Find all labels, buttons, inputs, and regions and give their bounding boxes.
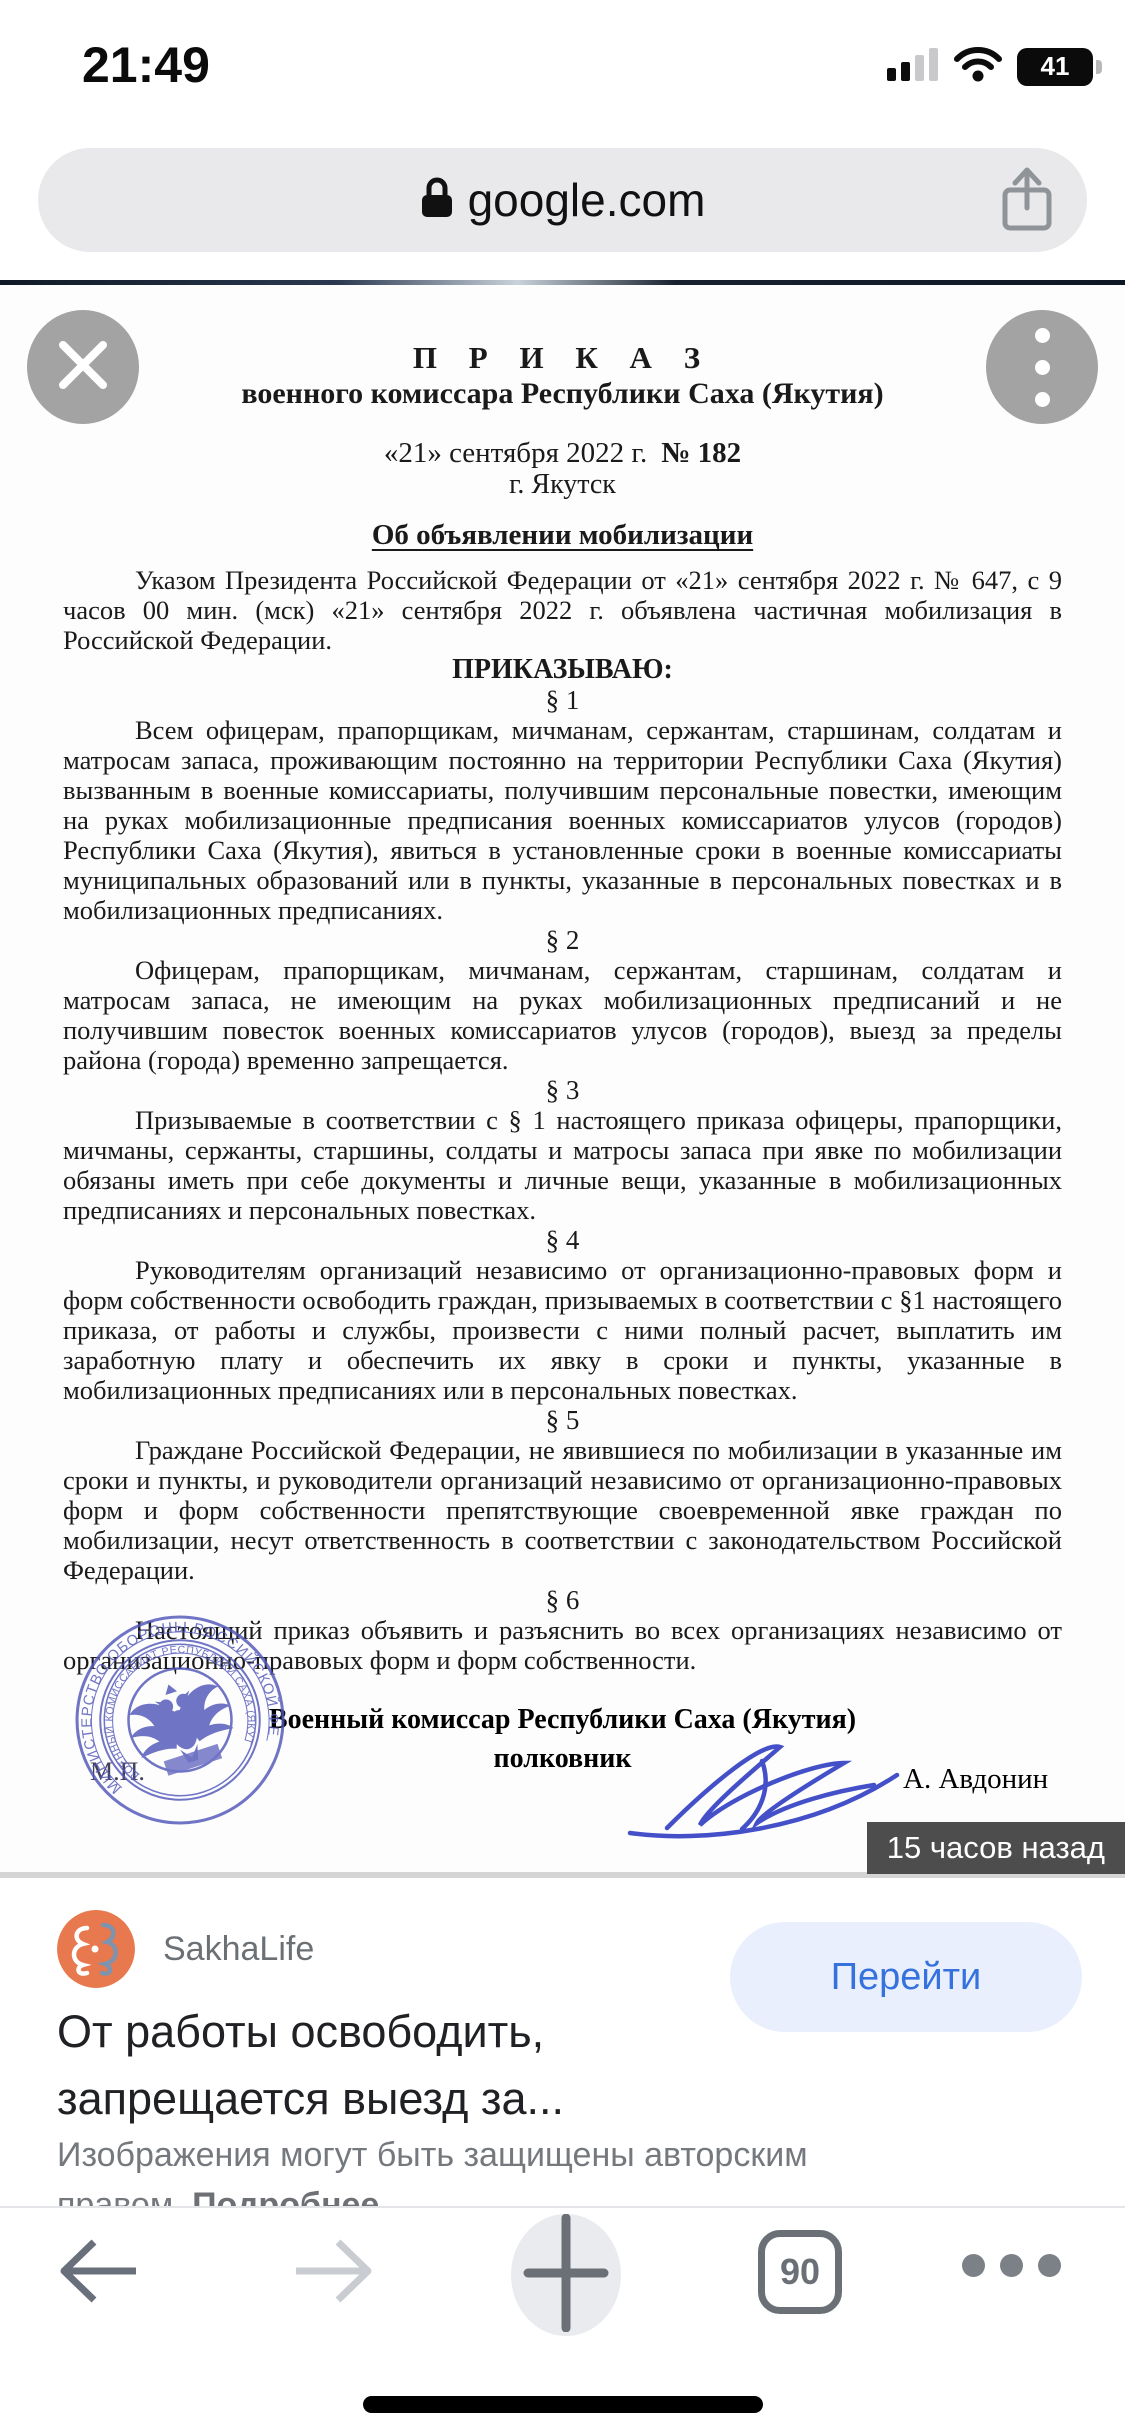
status-bar: 21:49 41 <box>0 0 1125 130</box>
dot-icon <box>1000 2254 1023 2277</box>
section-number: § 5 <box>63 1405 1062 1435</box>
url-text: google.com <box>468 173 706 227</box>
section-number: § 2 <box>63 925 1062 955</box>
section-number: § 4 <box>63 1225 1062 1255</box>
order-issuer: военного комиссара Республики Саха (Якут… <box>63 376 1062 412</box>
back-arrow-icon <box>54 2236 142 2311</box>
section-number: § 3 <box>63 1075 1062 1105</box>
phone-screen: 21:49 41 <box>0 0 1125 2436</box>
share-button[interactable] <box>993 166 1061 234</box>
section-text: Руководителям организаций независимо от … <box>63 1255 1062 1405</box>
url-bar[interactable]: google.com <box>38 148 1087 252</box>
dot-icon <box>1038 2254 1061 2277</box>
source-avatar[interactable] <box>57 1910 135 1988</box>
section-text: Граждане Российской Федерации, не явивши… <box>63 1435 1062 1585</box>
visit-site-button[interactable]: Перейти <box>730 1922 1082 2032</box>
order-number: № 182 <box>661 437 741 469</box>
status-icons: 41 <box>887 46 1093 87</box>
forward-button[interactable] <box>290 2236 378 2311</box>
section-text: Призываемые в соответствии с § 1 настоящ… <box>63 1105 1062 1225</box>
more-options-button[interactable] <box>986 310 1098 424</box>
document-image[interactable]: П Р И К А З военного комиссара Республик… <box>0 285 1125 1872</box>
close-icon <box>57 339 109 396</box>
home-indicator[interactable] <box>363 2396 763 2413</box>
tab-switcher-button[interactable]: 90 <box>758 2230 842 2314</box>
source-name[interactable]: SakhaLife <box>163 1930 314 1969</box>
order-subject: Об объявлении мобилизации <box>63 518 1062 552</box>
signature-name: А. Авдонин <box>903 1763 1048 1796</box>
lock-icon <box>420 177 454 224</box>
close-button[interactable] <box>27 310 139 424</box>
tab-count: 90 <box>780 2251 820 2293</box>
order-title: П Р И К А З <box>63 339 1062 376</box>
section-text: Всем офицерам, прапорщикам, мичманам, се… <box>63 715 1062 925</box>
cellular-signal-icon <box>887 46 939 87</box>
result-title-line2: запрещается выезд за... <box>57 2065 564 2132</box>
menu-button[interactable] <box>962 2254 1061 2277</box>
back-button[interactable] <box>54 2236 142 2311</box>
copyright-line1: Изображения могут быть защищены авторски… <box>57 2130 808 2180</box>
result-title-line1: От работы освободить, <box>57 1998 564 2065</box>
official-stamp: МИНИСТЕРСТВО ОБОРОНЫ РОССИЙСКОЙ ФЕДЕРАЦИ… <box>73 1613 287 1827</box>
order-document: П Р И К А З военного комиссара Республик… <box>63 285 1062 1675</box>
plus-icon <box>516 2214 616 2337</box>
wifi-icon <box>953 46 1003 87</box>
dot-icon <box>962 2254 985 2277</box>
result-title[interactable]: От работы освободить, запрещается выезд … <box>57 1998 564 2132</box>
order-preamble: Указом Президента Российской Федерации о… <box>63 565 1062 655</box>
section-text: Офицерам, прапорщикам, мичманам, сержант… <box>63 955 1062 1075</box>
visit-button-label: Перейти <box>831 1956 982 1999</box>
order-word: ПРИКАЗЫВАЮ: <box>63 655 1062 685</box>
section-number: § 6 <box>63 1585 1062 1615</box>
order-dateline: «21» сентября 2022 г.№ 182 <box>63 437 1062 469</box>
section-number: § 1 <box>63 685 1062 715</box>
order-date: «21» сентября 2022 г. <box>384 437 647 469</box>
battery-icon: 41 <box>1017 48 1093 86</box>
order-city: г. Якутск <box>63 469 1062 501</box>
kebab-menu-icon <box>1035 328 1050 407</box>
new-tab-button[interactable] <box>511 2214 621 2336</box>
clock: 21:49 <box>82 36 210 94</box>
forward-arrow-icon <box>290 2236 378 2311</box>
timestamp-badge: 15 часов назад <box>867 1822 1125 1874</box>
